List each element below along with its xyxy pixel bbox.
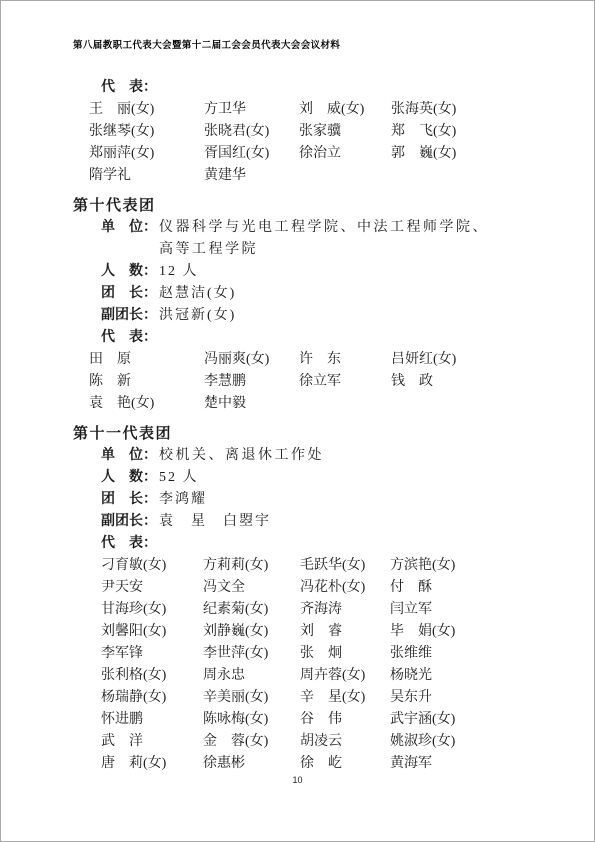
- count-field: 人 数：52 人: [73, 467, 558, 489]
- unit-line-text: 高等工程学院: [159, 239, 489, 261]
- leader-label: 团 长：: [101, 283, 159, 305]
- delegate-name: 方滨艳(女): [390, 555, 558, 577]
- leader-value: 赵慧洁(女): [159, 286, 236, 301]
- delegate-name: 刘静巍(女): [203, 621, 300, 643]
- deputy-field: 副团长：袁 星 白曌宇: [73, 511, 558, 533]
- delegate-name: 毕 娟(女): [390, 621, 558, 643]
- delegate-name: 闫立军: [390, 599, 558, 621]
- delegate-name: 方莉莉(女): [203, 555, 300, 577]
- section-title: 第十一代表团: [73, 423, 558, 445]
- delegate-row: 陈 新李慧鹏徐立军钱 政: [73, 371, 558, 393]
- delegate-name: 李军锋: [101, 643, 203, 665]
- delegate-name: 毛跃华(女): [300, 555, 390, 577]
- count-value: 12 人: [159, 264, 199, 279]
- delegate-name: 吴东升: [390, 687, 558, 709]
- delegate-name: 黄海军: [390, 753, 558, 775]
- delegate-name: 武宇涵(女): [390, 709, 558, 731]
- page-number: 10: [1, 775, 594, 785]
- delegate-row: 甘海珍(女)纪素菊(女)齐海涛闫立军: [73, 599, 558, 621]
- delegate-name: 黄建华: [204, 165, 299, 187]
- delegate-name: 谷 伟: [300, 709, 390, 731]
- delegate-name: 张家骥: [299, 121, 391, 143]
- delegate-row: 李军锋李世萍(女)张 炯张维维: [73, 643, 558, 665]
- delegate-name: 田 原: [89, 349, 204, 371]
- delegate-name: 刘 睿: [300, 621, 390, 643]
- leader-label: 团 长：: [101, 489, 159, 511]
- delegate-name: 楚中毅: [204, 393, 299, 415]
- delegate-row: 张继琴(女)张晓君(女)张家骥郑 飞(女): [73, 121, 558, 143]
- delegate-name: 胥国红(女): [204, 143, 299, 165]
- delegate-name: 郑 飞(女): [391, 121, 558, 143]
- delegate-row: 尹天安冯文全冯花朴(女)付 酥: [73, 577, 558, 599]
- delegate-row: 田 原冯丽爽(女)许 东吕妍红(女): [73, 349, 558, 371]
- delegate-name: 王 丽(女): [89, 99, 204, 121]
- unit-value: 校机关、离退休工作处: [159, 445, 324, 467]
- delegate-name: 隋学礼: [89, 165, 204, 187]
- delegate-name: 张晓君(女): [204, 121, 299, 143]
- unit-label: 单 位：: [101, 217, 159, 239]
- unit-field: 单 位：校机关、离退休工作处: [73, 445, 558, 467]
- unit-line-text: 校机关、离退休工作处: [159, 445, 324, 467]
- delegate-name: 姚淑珍(女): [390, 731, 558, 753]
- delegate-name: 陈 新: [89, 371, 204, 393]
- delegate-row: 王 丽(女)方卫华刘 威(女)张海英(女): [73, 99, 558, 121]
- document-body: 代 表：王 丽(女)方卫华刘 威(女)张海英(女)张继琴(女)张晓君(女)张家骥…: [73, 77, 558, 775]
- delegate-row: 杨瑞静(女)辛美丽(女)辛 星(女)吴东升: [73, 687, 558, 709]
- delegate-name: 齐海涛: [300, 599, 390, 621]
- deputy-label: 副团长：: [101, 305, 159, 327]
- delegation-section-continued: 代 表：王 丽(女)方卫华刘 威(女)张海英(女)张继琴(女)张晓君(女)张家骥…: [73, 77, 558, 187]
- delegates-label: 代 表：: [101, 327, 159, 349]
- count-value: 52 人: [159, 470, 199, 485]
- document-page: 第八届教职工代表大会暨第十二届工会会员代表大会会议材料 代 表：王 丽(女)方卫…: [0, 0, 595, 842]
- delegate-row: 刘馨阳(女)刘静巍(女)刘 睿毕 娟(女): [73, 621, 558, 643]
- delegate-name: 刘 威(女): [299, 99, 391, 121]
- delegate-name: 杨瑞静(女): [101, 687, 203, 709]
- delegate-name: 辛美丽(女): [203, 687, 300, 709]
- delegate-name: 武 洋: [101, 731, 203, 753]
- delegates-label-line: 代 表：: [73, 327, 558, 349]
- leader-field: 团 长：李鸿耀: [73, 489, 558, 511]
- count-field: 人 数：12 人: [73, 261, 558, 283]
- delegate-name: 许 东: [299, 349, 391, 371]
- unit-value: 仪器科学与光电工程学院、中法工程师学院、高等工程学院: [159, 217, 489, 261]
- delegate-name: 唐 莉(女): [101, 753, 203, 775]
- unit-line-text: 仪器科学与光电工程学院、中法工程师学院、: [159, 217, 489, 239]
- delegate-name: 周卉蓉(女): [300, 665, 390, 687]
- delegate-name: 付 酥: [390, 577, 558, 599]
- delegates-label-line: 代 表：: [73, 533, 558, 555]
- delegate-name: 徐 屹: [300, 753, 390, 775]
- leader-field: 团 长：赵慧洁(女): [73, 283, 558, 305]
- document-header: 第八届教职工代表大会暨第十二届工会会员代表大会会议材料: [73, 37, 340, 51]
- delegate-name: 刁育敏(女): [101, 555, 203, 577]
- deputy-value: 洪冠新(女): [159, 308, 236, 323]
- delegate-row: 张利格(女)周永忠周卉蓉(女)杨晓光: [73, 665, 558, 687]
- delegate-row: 袁 艳(女)楚中毅: [73, 393, 558, 415]
- deputy-label: 副团长：: [101, 511, 159, 533]
- delegate-row: 隋学礼黄建华: [73, 165, 558, 187]
- deputy-value: 袁 星 白曌宇: [159, 514, 271, 529]
- delegate-name: 李慧鹏: [204, 371, 299, 393]
- delegates-label-line: 代 表：: [73, 77, 558, 99]
- delegate-name: 甘海珍(女): [101, 599, 203, 621]
- delegate-name: 怀进鹏: [101, 709, 203, 731]
- delegate-name: 张继琴(女): [89, 121, 204, 143]
- delegate-name: 尹天安: [101, 577, 203, 599]
- unit-label: 单 位：: [101, 445, 159, 467]
- delegate-name: 钱 政: [391, 371, 558, 393]
- delegate-row: 怀进鹏陈咏梅(女)谷 伟武宇涵(女): [73, 709, 558, 731]
- delegate-name: 袁 艳(女): [89, 393, 204, 415]
- section-title: 第十代表团: [73, 195, 558, 217]
- delegate-name: 金 蓉(女): [203, 731, 300, 753]
- delegate-name: 刘馨阳(女): [101, 621, 203, 643]
- delegate-name: 李世萍(女): [203, 643, 300, 665]
- delegate-name: 徐治立: [299, 143, 391, 165]
- delegate-row: 唐 莉(女)徐惠彬徐 屹黄海军: [73, 753, 558, 775]
- delegate-name: 方卫华: [204, 99, 299, 121]
- leader-value: 李鸿耀: [159, 492, 207, 507]
- delegate-name: 徐惠彬: [203, 753, 300, 775]
- delegate-name: 杨晓光: [390, 665, 558, 687]
- delegate-row: 郑丽萍(女)胥国红(女)徐治立郭 巍(女): [73, 143, 558, 165]
- unit-field: 单 位：仪器科学与光电工程学院、中法工程师学院、高等工程学院: [73, 217, 558, 261]
- deputy-field: 副团长：洪冠新(女): [73, 305, 558, 327]
- delegation-section: 第十代表团单 位：仪器科学与光电工程学院、中法工程师学院、高等工程学院人 数：1…: [73, 195, 558, 415]
- delegate-row: 刁育敏(女)方莉莉(女)毛跃华(女)方滨艳(女): [73, 555, 558, 577]
- delegate-name: 郑丽萍(女): [89, 143, 204, 165]
- delegates-label: 代 表：: [101, 77, 159, 99]
- count-label: 人 数：: [101, 467, 159, 489]
- delegate-name: 张 炯: [300, 643, 390, 665]
- delegate-name: 张海英(女): [391, 99, 558, 121]
- delegate-name: 周永忠: [203, 665, 300, 687]
- delegate-row: 武 洋金 蓉(女)胡凌云姚淑珍(女): [73, 731, 558, 753]
- delegates-label: 代 表：: [101, 533, 159, 555]
- delegate-name: 胡凌云: [300, 731, 390, 753]
- count-label: 人 数：: [101, 261, 159, 283]
- delegate-name: 吕妍红(女): [391, 349, 558, 371]
- delegate-name: 郭 巍(女): [391, 143, 558, 165]
- delegate-name: 陈咏梅(女): [203, 709, 300, 731]
- delegate-name: 张维维: [390, 643, 558, 665]
- delegate-name: 辛 星(女): [300, 687, 390, 709]
- delegation-section: 第十一代表团单 位：校机关、离退休工作处人 数：52 人团 长：李鸿耀副团长：袁…: [73, 423, 558, 775]
- delegate-name: 冯丽爽(女): [204, 349, 299, 371]
- delegate-name: 纪素菊(女): [203, 599, 300, 621]
- delegate-name: 冯文全: [203, 577, 300, 599]
- delegate-name: 张利格(女): [101, 665, 203, 687]
- delegate-name: 冯花朴(女): [300, 577, 390, 599]
- delegate-name: 徐立军: [299, 371, 391, 393]
